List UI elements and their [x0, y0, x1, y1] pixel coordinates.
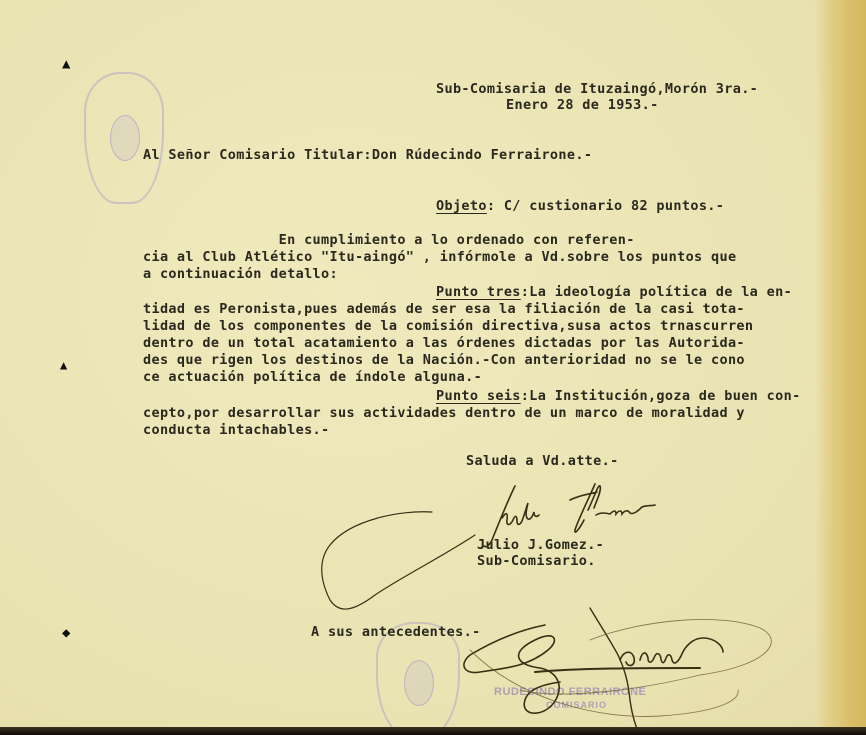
document-page: ▲ ▲ ◆ Sub-Comisaria de Ituzaingó,Morón 3…	[0, 0, 866, 735]
punto-tres-line: lidad de los componentes de la comisión …	[143, 317, 753, 335]
punto-tres-heading: Punto tres:La ideología política de la e…	[436, 283, 792, 301]
subject-label: Objeto	[436, 198, 487, 214]
signatory-title: Sub-Comisario.	[477, 552, 596, 570]
punto-tres-line: tidad es Peronista,pues además de ser es…	[143, 300, 745, 318]
addressee-line: Al Señor Comisario Titular:Don Rúdecindo…	[143, 146, 592, 164]
margin-punch-mark: ◆	[62, 625, 70, 641]
punto-seis-line: conducta intachables.-	[143, 421, 330, 439]
endorsement-note: A sus antecedentes.-	[311, 623, 481, 641]
police-seal-stamp	[84, 72, 164, 204]
commissioner-name-stamp: RUDECINDO FERRAIRONE	[494, 686, 646, 698]
body-intro-line: En cumplimiento a lo ordenado con refere…	[143, 231, 635, 249]
margin-punch-mark: ▲	[62, 56, 70, 72]
body-intro-line: cia al Club Atlético "Itu-aingó" , infór…	[143, 248, 736, 266]
letter-date: Enero 28 de 1953.-	[506, 96, 659, 114]
closing-salutation: Saluda a Vd.atte.-	[466, 452, 619, 470]
punto-tres-line: ce actuación política de índole alguna.-	[143, 368, 482, 386]
punto-tres-line: dentro de un total acatamiento a las órd…	[143, 334, 745, 352]
seal-emblem-icon	[404, 660, 434, 706]
body-intro-line: a continuación detallo:	[143, 265, 338, 283]
punto-seis-line: cepto,por desarrollar sus actividades de…	[143, 404, 745, 422]
seal-emblem-icon	[110, 115, 140, 161]
subject-text: : C/ custionario 82 puntos.-	[487, 198, 724, 214]
punto-seis-label: Punto seis	[436, 388, 521, 404]
commissioner-title-stamp: COMISARIO	[546, 700, 607, 710]
punto-tres-line: des que rigen los destinos de la Nación.…	[143, 351, 745, 369]
margin-punch-mark: ▲	[60, 358, 67, 372]
punto-seis-first-line: :La Institución,goza de buen con-	[521, 388, 801, 404]
punto-tres-first-line: :La ideología política de la en-	[521, 284, 792, 300]
page-bottom-edge	[0, 727, 866, 735]
punto-seis-heading: Punto seis:La Institución,goza de buen c…	[436, 387, 801, 405]
punto-tres-label: Punto tres	[436, 284, 521, 300]
subject-line: Objeto: C/ custionario 82 puntos.-	[436, 197, 724, 215]
